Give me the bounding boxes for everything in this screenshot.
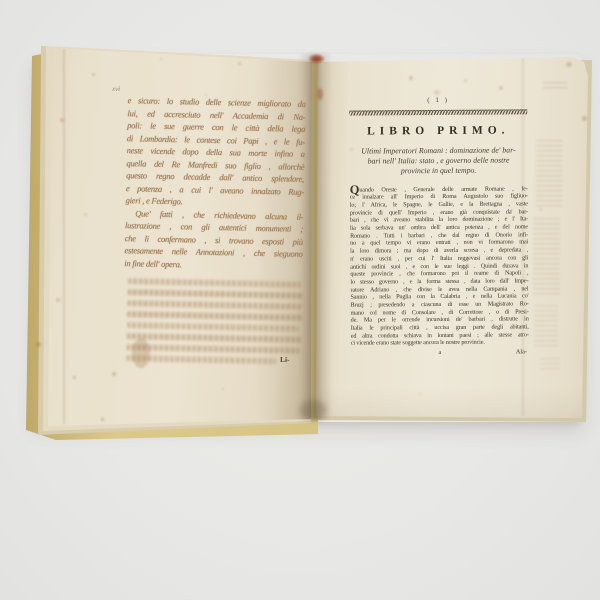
showthrough-patch	[540, 358, 560, 372]
foxing-spot	[566, 62, 572, 67]
foxing-spot	[60, 118, 64, 122]
gutter-bottom-shadow	[299, 400, 327, 420]
foxing-spot	[132, 338, 150, 368]
folio-number: ( 1 )	[349, 95, 527, 104]
chapter-heading: LIBRO PRIMO.	[349, 124, 527, 137]
text-line: bari nell' Italia: stato , e governo del…	[350, 155, 528, 167]
foxing-spot	[582, 116, 587, 121]
catchword: Ala-	[516, 348, 527, 355]
showthrough-line	[127, 333, 301, 342]
foxing-spot	[222, 388, 224, 390]
photo-background: xvi e sicuro: lo studio delle scienze mi…	[0, 0, 600, 600]
foxing-spot	[539, 208, 542, 211]
headband	[308, 54, 325, 64]
ornamental-rule	[349, 109, 527, 115]
foxing-spot	[350, 148, 353, 151]
foxing-spot	[160, 58, 162, 60]
foxing-spot	[238, 62, 241, 65]
foxing-spot	[434, 90, 440, 95]
foxing-spot	[84, 213, 87, 216]
foxing-spot	[205, 94, 207, 96]
text-line: ci vicende erano state soggette ancora l…	[351, 339, 529, 348]
foxing-spot	[92, 73, 95, 76]
foxing-spot	[101, 418, 104, 421]
foxing-spot	[112, 372, 116, 376]
left-page-catchword: Li-	[280, 355, 290, 364]
foxing-spot	[499, 86, 503, 90]
showthrough-line	[128, 289, 303, 298]
foxing-spot	[36, 342, 41, 347]
signature-mark: a	[351, 348, 529, 356]
showthrough-patch	[534, 305, 558, 350]
right-page-text: ( 1 ) LIBRO PRIMO. Ultimi Imperatori Rom…	[349, 95, 529, 357]
foxing-spot	[370, 255, 372, 257]
foxing-spot	[317, 88, 323, 100]
left-page-text: e sicuro: lo studio delle scienze miglio…	[124, 94, 306, 273]
showthrough-patch	[536, 140, 562, 210]
showthrough-line	[127, 344, 300, 353]
text-line: provincie in quel tempo.	[350, 166, 528, 178]
chapter-subtitle: Ultimi Imperatori Romani : dominazione d…	[349, 145, 527, 177]
left-page-number: xvi	[112, 85, 120, 93]
foxing-spot	[252, 140, 255, 143]
foxing-spot	[464, 79, 467, 82]
foxing-spot	[419, 393, 421, 395]
foxing-spot	[409, 76, 413, 80]
drop-cap: Q	[350, 182, 360, 196]
body-text: Quando Oreste , Generale delle armate Ro…	[350, 185, 529, 348]
showthrough-line	[127, 311, 302, 320]
showthrough-line	[127, 300, 301, 309]
showthrough-patch	[533, 218, 560, 298]
showthrough-patch	[543, 82, 567, 91]
foxing-spot	[73, 376, 76, 379]
signature-line: a Ala-	[351, 348, 529, 357]
showthrough-line	[127, 322, 299, 331]
foxing-spot	[56, 298, 60, 302]
